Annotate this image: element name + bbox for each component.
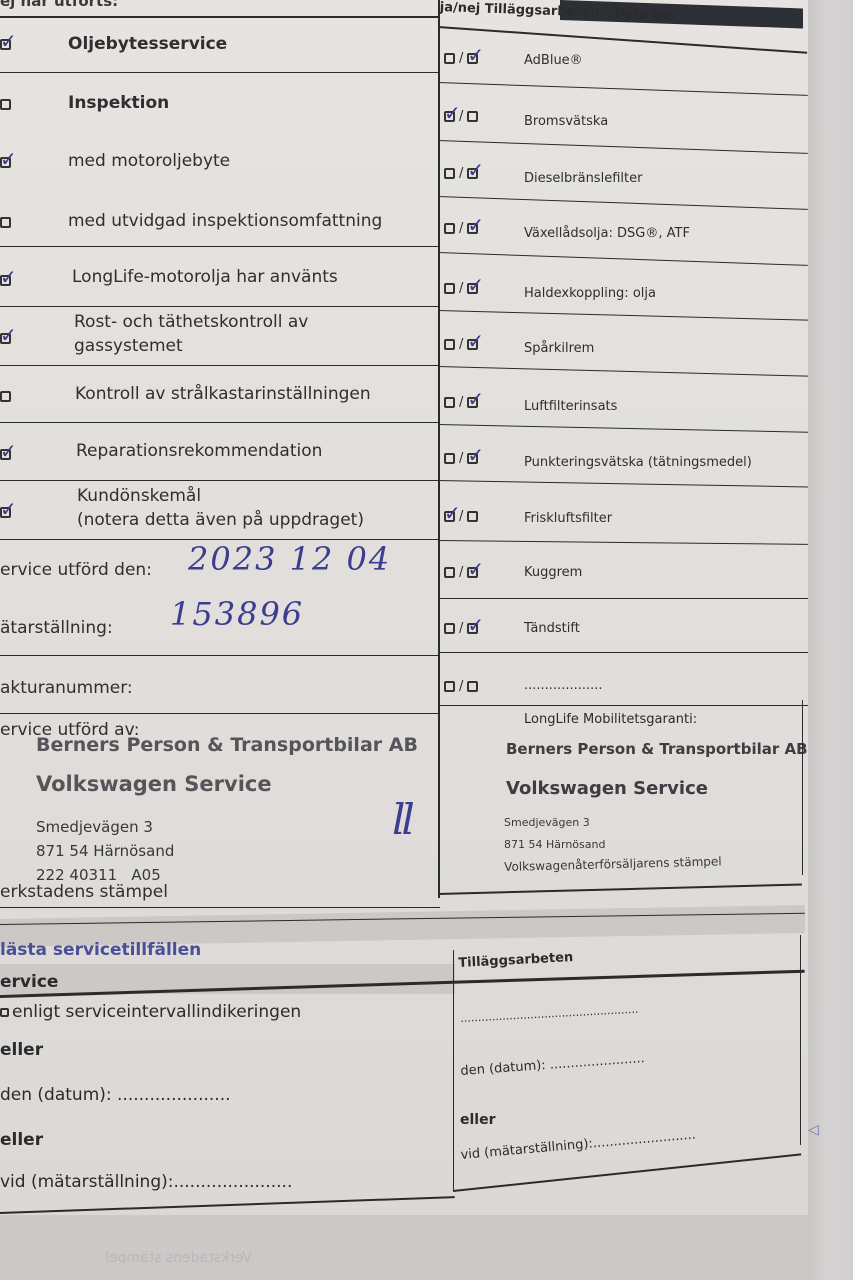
workshop-stamp-company: Berners Person & Transportbilar AB — [36, 734, 418, 756]
workshop-stamp-city: 871 54 Härnösand — [36, 842, 174, 860]
yes-no-checkbox[interactable]: / — [444, 450, 478, 466]
checklist-item[interactable]: med motoroljebyte — [0, 148, 440, 188]
bleed-through-text: Verkstadens stämpel — [105, 1250, 252, 1266]
divider — [438, 82, 808, 96]
divider — [438, 705, 808, 706]
empty-box-icon — [0, 391, 11, 402]
service-date-value[interactable]: 2023 12 04 — [188, 540, 391, 578]
divider — [438, 598, 808, 599]
or-label: eller — [0, 1040, 43, 1060]
left-column-header: ej har utförts: — [0, 0, 118, 10]
workshop-stamp-street: Smedjevägen 3 — [36, 818, 153, 836]
stamp-border — [802, 700, 803, 875]
mobility-guarantee-label: LongLife Mobilitetsgaranti: — [524, 712, 697, 727]
check-mark-icon — [444, 111, 455, 122]
check-mark-icon — [0, 333, 11, 344]
yes-no-checkbox[interactable]: / — [444, 165, 478, 181]
checkbox[interactable] — [0, 152, 11, 171]
check-mark-icon — [467, 397, 478, 408]
divider — [438, 652, 808, 653]
additional-work-column: ja/nej Tilläggsarbeten – byte av: / AdBl… — [438, 0, 808, 900]
next-odometer-field[interactable]: vid (mätarställning):...................… — [0, 1172, 292, 1192]
checklist-item[interactable]: Reparationsrekommendation — [0, 440, 440, 480]
check-mark-icon — [0, 157, 11, 168]
check-mark-icon — [0, 39, 11, 50]
checkbox[interactable] — [0, 386, 11, 405]
divider — [0, 306, 440, 307]
divider — [438, 366, 808, 377]
divider — [0, 72, 440, 73]
checklist-item[interactable]: Kundönskemål (notera detta även på uppdr… — [0, 486, 440, 538]
check-mark-icon — [467, 453, 478, 464]
yes-no-checkbox[interactable]: / — [444, 564, 478, 580]
divider — [438, 196, 808, 210]
or-label: eller — [460, 1112, 496, 1128]
mobility-stamp-city: 871 54 Härnösand — [504, 838, 605, 851]
checklist-item[interactable]: Rost- och täthetskontroll av gassystemet — [0, 312, 440, 362]
yes-no-checkbox[interactable]: / — [444, 280, 478, 296]
next-date-field[interactable]: den (datum): ..................... — [0, 1085, 231, 1105]
mobility-stamp-company: Berners Person & Transportbilar AB — [506, 740, 808, 758]
right-column-header: ja/nej Tilläggsarbeten – byte av: — [439, 0, 675, 23]
divider — [438, 310, 808, 321]
checkbox[interactable] — [0, 444, 11, 463]
empty-box-icon — [0, 99, 11, 110]
check-mark-icon — [467, 567, 478, 578]
yes-no-checkbox[interactable]: / — [444, 620, 478, 636]
check-mark-icon — [467, 623, 478, 634]
checklist-item[interactable]: med utvidgad inspektionsomfattning — [0, 208, 440, 248]
divider — [438, 252, 808, 266]
mobility-stamp-street: Smedjevägen 3 — [504, 816, 590, 829]
next-service-option[interactable]: enligt serviceintervallindikeringen — [0, 1002, 301, 1022]
checkbox[interactable] — [0, 502, 11, 521]
divider — [0, 365, 440, 366]
divider — [0, 655, 440, 656]
yes-no-checkbox[interactable]: / — [444, 394, 478, 410]
yes-no-checkbox[interactable]: / — [444, 50, 478, 66]
divider — [0, 422, 440, 423]
table-border — [800, 935, 801, 1145]
check-mark-icon — [467, 223, 478, 234]
odometer-value[interactable]: 153896 — [170, 595, 304, 633]
check-mark-icon — [467, 168, 478, 179]
next-service-header: ervice — [0, 972, 58, 992]
divider — [0, 907, 440, 908]
checkbox[interactable] — [0, 94, 11, 113]
yes-no-checkbox[interactable]: / — [444, 508, 478, 524]
check-mark-icon — [0, 507, 11, 518]
checkbox[interactable] — [0, 270, 11, 289]
signature: ll — [392, 795, 411, 844]
reseller-stamp-label: Volkswagenåterförsäljarens stämpel — [504, 854, 722, 874]
yes-no-checkbox[interactable]: / — [444, 336, 478, 352]
mobility-stamp-brand: Volkswagen Service — [506, 778, 708, 799]
page-marker-triangle-icon: ◁ — [808, 1122, 819, 1138]
check-mark-icon — [467, 283, 478, 294]
divider — [438, 26, 807, 54]
or-label: eller — [0, 1130, 43, 1150]
checklist-item[interactable]: Oljebytesservice — [0, 30, 440, 70]
yes-no-checkbox[interactable]: / — [444, 108, 478, 124]
check-mark-icon — [467, 339, 478, 350]
yes-no-checkbox[interactable]: / — [444, 678, 478, 694]
checkbox[interactable] — [0, 34, 11, 53]
check-mark-icon — [467, 53, 478, 64]
check-mark-icon — [0, 275, 11, 286]
divider — [438, 883, 802, 895]
yes-no-checkbox[interactable]: / — [444, 220, 478, 236]
column-divider — [453, 950, 454, 1190]
next-services-title: lästa servicetillfällen — [0, 940, 201, 960]
checklist-item[interactable]: LongLife-motorolja har använts — [0, 266, 440, 306]
checklist-item[interactable]: Kontroll av strålkastarinställningen — [0, 382, 440, 422]
workshop-stamp-brand: Volkswagen Service — [36, 772, 272, 796]
checklist-item[interactable]: Inspektion — [0, 90, 440, 130]
divider — [438, 140, 808, 154]
check-mark-icon — [444, 511, 455, 522]
divider — [438, 424, 808, 433]
divider — [0, 713, 440, 714]
divider — [438, 540, 808, 545]
divider — [0, 16, 440, 18]
checkbox[interactable] — [0, 212, 11, 231]
check-mark-icon — [0, 449, 11, 460]
checkbox[interactable] — [0, 1008, 9, 1017]
empty-box-icon — [0, 217, 11, 228]
page-edge — [808, 0, 853, 1280]
divider — [0, 480, 440, 481]
divider — [438, 480, 808, 487]
checkbox[interactable] — [0, 328, 11, 347]
